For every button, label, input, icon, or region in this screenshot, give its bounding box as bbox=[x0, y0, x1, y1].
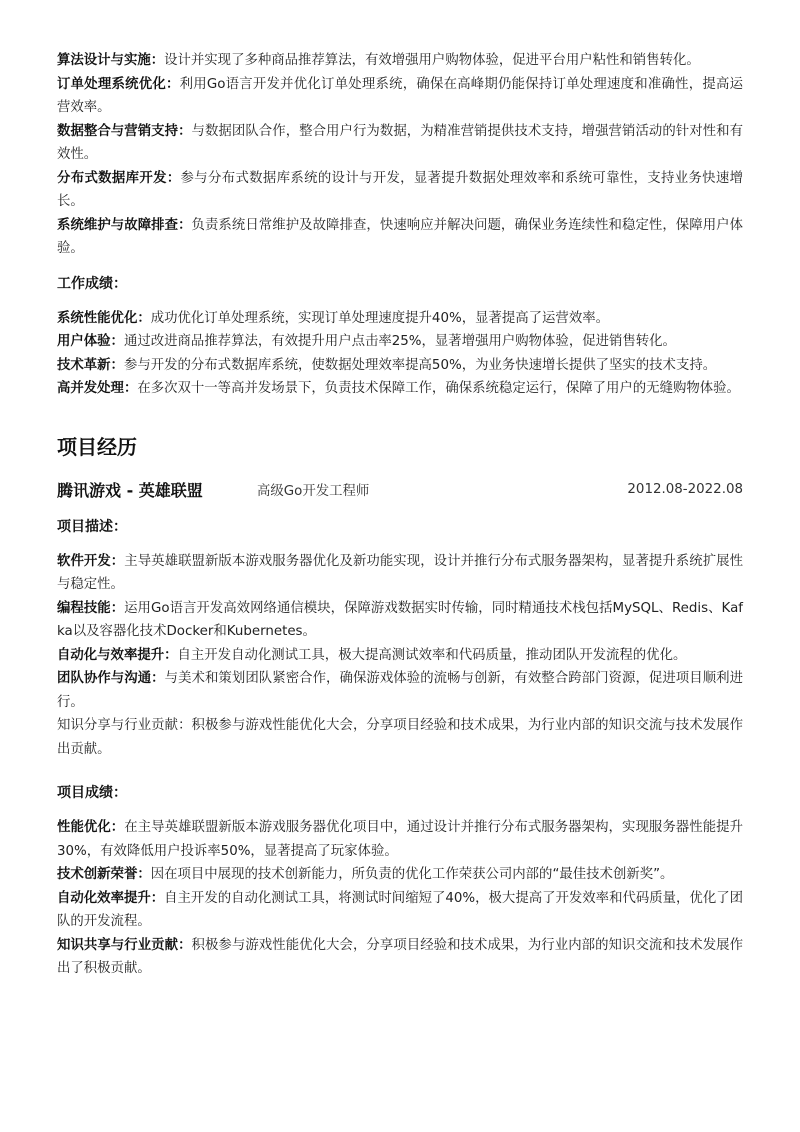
item-label: 订单处理系统优化： bbox=[57, 77, 180, 92]
item-label: 数据整合与营销支持： bbox=[57, 124, 192, 139]
item-text: 成功优化订单处理系统，实现订单处理速度提升40%，显著提高了运营效率。 bbox=[151, 311, 609, 326]
item-label: 高并发处理： bbox=[57, 381, 137, 396]
project-name: 腾讯游戏 - 英雄联盟 bbox=[57, 478, 257, 501]
description-item: 自动化与效率提升：自主开发自动化测试工具，极大提高测试效率和代码质量，推动团队开… bbox=[57, 644, 743, 668]
project-description-heading: 项目描述： bbox=[57, 515, 743, 539]
project-results: 性能优化：在主导英雄联盟新版本游戏服务器优化项目中，通过设计并推行分布式服务器架… bbox=[57, 816, 743, 981]
work-item: 算法设计与实施：设计并实现了多种商品推荐算法，有效增强用户购物体验，促进平台用户… bbox=[57, 49, 743, 73]
work-achievements-heading: 工作成绩： bbox=[57, 272, 743, 296]
item-text: 设计并实现了多种商品推荐算法，有效增强用户购物体验，促进平台用户粘性和销售转化。 bbox=[164, 53, 700, 68]
item-label: 知识共享与行业贡献： bbox=[57, 938, 192, 953]
description-item: 软件开发：主导英雄联盟新版本游戏服务器优化及新功能实现，设计并推行分布式服务器架… bbox=[57, 550, 743, 597]
resume-page: 算法设计与实施：设计并实现了多种商品推荐算法，有效增强用户购物体验，促进平台用户… bbox=[57, 49, 743, 981]
result-item: 自动化效率提升：自主开发的自动化测试工具，将测试时间缩短了40%，极大提高了开发… bbox=[57, 887, 743, 934]
item-label: 算法设计与实施： bbox=[57, 53, 164, 68]
item-label: 技术创新荣誉： bbox=[57, 867, 151, 882]
result-item: 知识共享与行业贡献：积极参与游戏性能优化大会，分享项目经验和技术成果，为行业内部… bbox=[57, 934, 743, 981]
item-text: 在主导英雄联盟新版本游戏服务器优化项目中，通过设计并推行分布式服务器架构，实现服… bbox=[57, 820, 743, 859]
description-item: 团队协作与沟通：与美术和策划团队紧密合作，确保游戏体验的流畅与创新，有效整合跨部… bbox=[57, 667, 743, 714]
item-label: 系统维护与故障排查： bbox=[57, 218, 192, 233]
project-date: 2012.08-2022.08 bbox=[627, 482, 743, 497]
item-label: 系统性能优化： bbox=[57, 311, 151, 326]
item-text: 通过改进商品推荐算法，有效提升用户点击率25%，显著增强用户购物体验，促进销售转… bbox=[124, 334, 676, 349]
item-text: 主导英雄联盟新版本游戏服务器优化及新功能实现，设计并推行分布式服务器架构，显著提… bbox=[57, 554, 743, 593]
project-results-heading: 项目成绩： bbox=[57, 781, 743, 805]
project-role: 高级Go开发工程师 bbox=[257, 480, 369, 499]
project-description: 软件开发：主导英雄联盟新版本游戏服务器优化及新功能实现，设计并推行分布式服务器架… bbox=[57, 550, 743, 762]
work-description: 算法设计与实施：设计并实现了多种商品推荐算法，有效增强用户购物体验，促进平台用户… bbox=[57, 49, 743, 261]
item-text: 因在项目中展现的技术创新能力，所负责的优化工作荣获公司内部的“最佳技术创新奖”。 bbox=[151, 867, 674, 882]
work-item: 分布式数据库开发：参与分布式数据库系统的设计与开发，显著提升数据处理效率和系统可… bbox=[57, 167, 743, 214]
section-title-projects: 项目经历 bbox=[57, 433, 743, 461]
achievement-item: 系统性能优化：成功优化订单处理系统，实现订单处理速度提升40%，显著提高了运营效… bbox=[57, 307, 743, 331]
item-text: 在多次双十一等高并发场景下，负责技术保障工作，确保系统稳定运行，保障了用户的无缝… bbox=[137, 381, 740, 396]
work-item: 数据整合与营销支持：与数据团队合作，整合用户行为数据，为精准营销提供技术支持，增… bbox=[57, 120, 743, 167]
item-text: 自主开发自动化测试工具，极大提高测试效率和代码质量，推动团队开发流程的优化。 bbox=[178, 648, 687, 663]
item-label: 用户体验： bbox=[57, 334, 124, 349]
work-item: 系统维护与故障排查：负责系统日常维护及故障排查，快速响应并解决问题，确保业务连续… bbox=[57, 214, 743, 261]
description-item: 编程技能：运用Go语言开发高效网络通信模块，保障游戏数据实时传输，同时精通技术栈… bbox=[57, 597, 743, 644]
item-label: 编程技能： bbox=[57, 601, 124, 616]
item-label: 性能优化： bbox=[57, 820, 124, 835]
description-item: 知识分享与行业贡献：积极参与游戏性能优化大会，分享项目经验和技术成果，为行业内部… bbox=[57, 714, 743, 761]
item-text: 知识分享与行业贡献：积极参与游戏性能优化大会，分享项目经验和技术成果，为行业内部… bbox=[57, 718, 743, 757]
project-header: 腾讯游戏 - 英雄联盟 高级Go开发工程师 2012.08-2022.08 bbox=[57, 475, 743, 505]
item-label: 技术革新： bbox=[57, 358, 124, 373]
item-label: 软件开发： bbox=[57, 554, 124, 569]
item-label: 自动化与效率提升： bbox=[57, 648, 178, 663]
item-text: 运用Go语言开发高效网络通信模块，保障游戏数据实时传输，同时精通技术栈包括MyS… bbox=[57, 601, 743, 640]
result-item: 技术创新荣誉：因在项目中展现的技术创新能力，所负责的优化工作荣获公司内部的“最佳… bbox=[57, 863, 743, 887]
achievement-item: 技术革新：参与开发的分布式数据库系统，使数据处理效率提高50%，为业务快速增长提… bbox=[57, 354, 743, 378]
item-label: 分布式数据库开发： bbox=[57, 171, 181, 186]
work-achievements: 系统性能优化：成功优化订单处理系统，实现订单处理速度提升40%，显著提高了运营效… bbox=[57, 307, 743, 401]
achievement-item: 高并发处理：在多次双十一等高并发场景下，负责技术保障工作，确保系统稳定运行，保障… bbox=[57, 377, 743, 401]
work-item: 订单处理系统优化：利用Go语言开发并优化订单处理系统，确保在高峰期仍能保持订单处… bbox=[57, 73, 743, 120]
item-label: 团队协作与沟通： bbox=[57, 671, 165, 686]
achievement-item: 用户体验：通过改进商品推荐算法，有效提升用户点击率25%，显著增强用户购物体验，… bbox=[57, 330, 743, 354]
item-label: 自动化效率提升： bbox=[57, 891, 164, 906]
item-text: 参与开发的分布式数据库系统，使数据处理效率提高50%，为业务快速增长提供了坚实的… bbox=[124, 358, 716, 373]
result-item: 性能优化：在主导英雄联盟新版本游戏服务器优化项目中，通过设计并推行分布式服务器架… bbox=[57, 816, 743, 863]
